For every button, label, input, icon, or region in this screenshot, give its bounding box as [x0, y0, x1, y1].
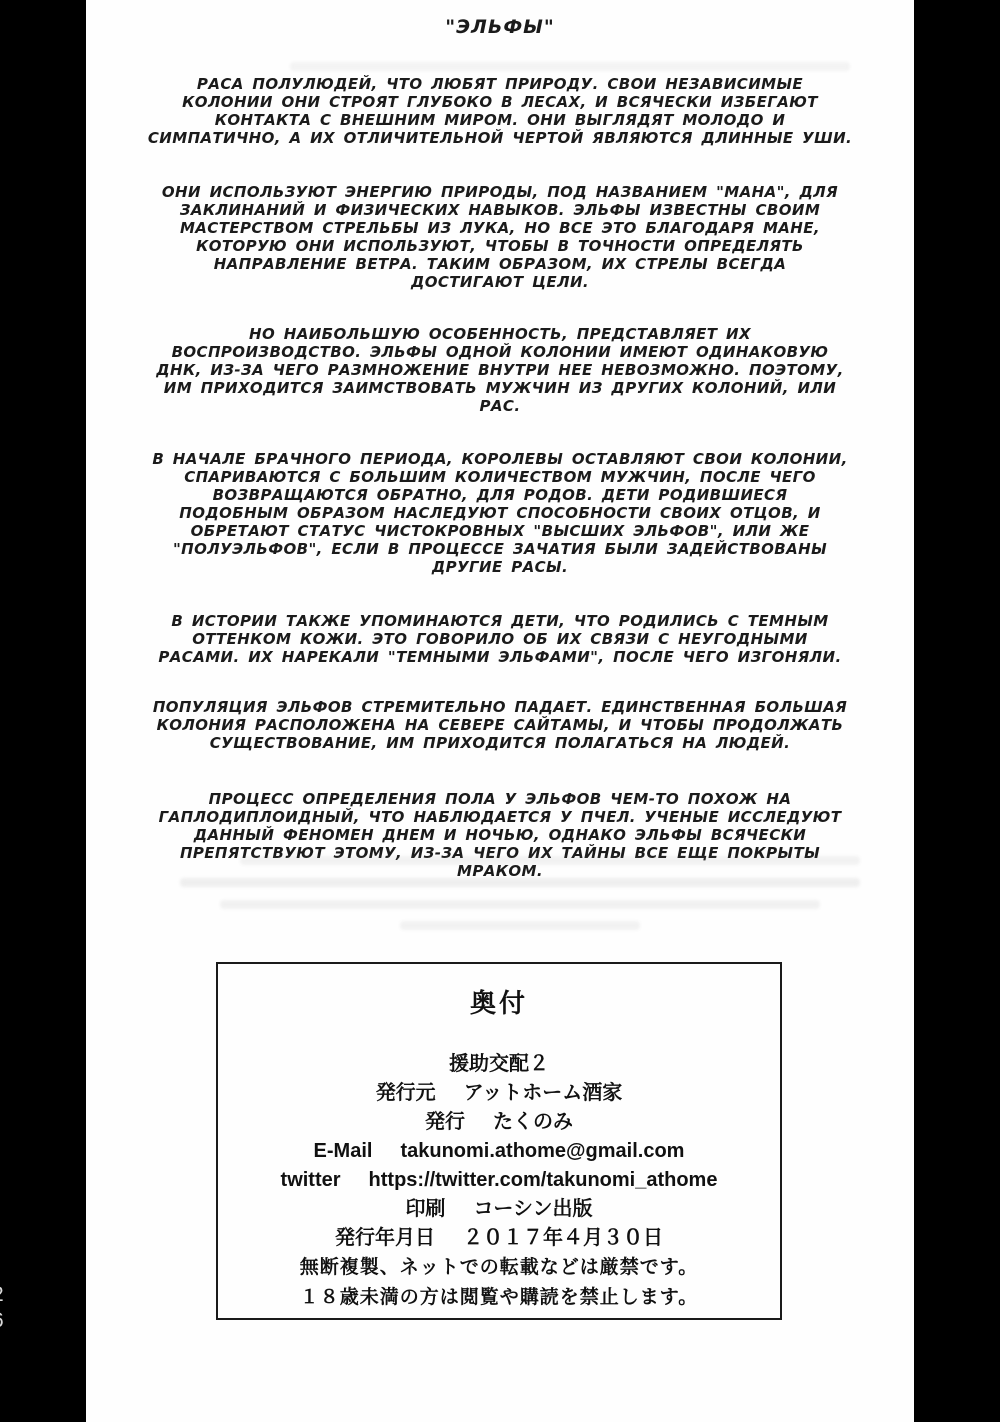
scan-artifact	[290, 62, 850, 71]
essay-text-block: "ЭЛЬФЫ" РАСА ПОЛУЛЮДЕЙ, ЧТО ЛЮБЯТ ПРИРОД…	[86, 0, 914, 962]
essay-line: РАС.	[86, 397, 914, 415]
page-title: "ЭЛЬФЫ"	[86, 16, 914, 38]
colophon-row-value: アットホーム酒家	[464, 1082, 623, 1104]
scan-artifact	[220, 900, 820, 909]
colophon-row-label: E-Mail	[314, 1140, 373, 1162]
colophon-row-label: 発行年月日	[335, 1227, 435, 1249]
colophon-row-value: たくのみ	[493, 1111, 573, 1133]
margin-page-number: 2	[0, 1283, 22, 1307]
essay-line: КОТОРУЮ ОНИ ИСПОЛЬЗУЮТ, ЧТОБЫ В ТОЧНОСТИ…	[86, 237, 914, 255]
colophon-notices: 無断複製、ネットでの転載などは厳禁です。１８歳未満の方は閲覧や購読を禁止します。	[218, 1253, 780, 1313]
essay-line: В ИСТОРИИ ТАКЖЕ УПОМИНАЮТСЯ ДЕТИ, ЧТО РО…	[86, 612, 914, 630]
colophon-row-value: takunomi.athome@gmail.com	[400, 1140, 684, 1162]
colophon-row: E-Mailtakunomi.athome@gmail.com	[218, 1137, 780, 1166]
essay-line: ПРОЦЕСС ОПРЕДЕЛЕНИЯ ПОЛА У ЭЛЬФОВ ЧЕМ-ТО…	[86, 790, 914, 808]
essay-line: СПАРИВАЮТСЯ С БОЛЬШИМ КОЛИЧЕСТВОМ МУЖЧИН…	[86, 468, 914, 486]
essay-line: ЗАКЛИНАНИЙ И ФИЗИЧЕСКИХ НАВЫКОВ. ЭЛЬФЫ И…	[86, 201, 914, 219]
essay-line: ВОЗВРАЩАЮТСЯ ОБРАТНО, ДЛЯ РОДОВ. ДЕТИ РО…	[86, 486, 914, 504]
essay-line: В НАЧАЛЕ БРАЧНОГО ПЕРИОДА, КОРОЛЕВЫ ОСТА…	[86, 450, 914, 468]
colophon-notice: 無断複製、ネットでの転載などは厳禁です。	[218, 1253, 780, 1283]
essay-line: ОБРЕТАЮТ СТАТУС ЧИСТОКРОВНЫХ "ВЫСШИХ ЭЛЬ…	[86, 522, 914, 540]
colophon-box: 奥付 援助交配２ 発行元アットホーム酒家 発行たくのみ E-Mailtakuno…	[216, 962, 782, 1320]
colophon-row-value: https://twitter.com/takunomi_athome	[369, 1169, 718, 1191]
colophon-row-label: 発行元	[376, 1082, 436, 1104]
colophon-row: 発行元アットホーム酒家	[218, 1079, 780, 1108]
colophon-rows: 援助交配２ 発行元アットホーム酒家 発行たくのみ E-Mailtakunomi.…	[218, 1050, 780, 1253]
colophon-row: 発行たくのみ	[218, 1108, 780, 1137]
scan-margin-right	[914, 0, 1000, 1422]
essay-line: ИМ ПРИХОДИТСЯ ЗАИМСТВОВАТЬ МУЖЧИН ИЗ ДРУ…	[86, 379, 914, 397]
essay-line: ОТТЕНКОМ КОЖИ. ЭТО ГОВОРИЛО ОБ ИХ СВЯЗИ …	[86, 630, 914, 648]
essay-paragraph: НО НАИБОЛЬШУЮ ОСОБЕННОСТЬ, ПРЕДСТАВЛЯЕТ …	[86, 325, 914, 415]
essay-line: ДРУГИЕ РАСЫ.	[86, 558, 914, 576]
scan-artifact	[400, 921, 640, 930]
essay-line: ДОСТИГАЮТ ЦЕЛИ.	[86, 273, 914, 291]
margin-page-number: 6	[0, 1309, 22, 1333]
colophon-heading: 奥付	[218, 988, 780, 1018]
colophon-row-label: twitter	[281, 1169, 341, 1191]
essay-paragraph: ПОПУЛЯЦИЯ ЭЛЬФОВ СТРЕМИТЕЛЬНО ПАДАЕТ. ЕД…	[86, 698, 914, 752]
essay-line: СУЩЕСТВОВАНИЕ, ИМ ПРИХОДИТСЯ ПОЛАГАТЬСЯ …	[86, 734, 914, 752]
scan-artifact	[180, 878, 860, 887]
essay-line: ОНИ ИСПОЛЬЗУЮТ ЭНЕРГИЮ ПРИРОДЫ, ПОД НАЗВ…	[86, 183, 914, 201]
colophon-row-label: 発行	[425, 1111, 465, 1133]
colophon-row-value: 援助交配２	[449, 1053, 549, 1075]
essay-line: НАПРАВЛЕНИЕ ВЕТРА. ТАКИМ ОБРАЗОМ, ИХ СТР…	[86, 255, 914, 273]
essay-line: РАСАМИ. ИХ НАРЕКАЛИ "ТЕМНЫМИ ЭЛЬФАМИ", П…	[86, 648, 914, 666]
essay-paragraph: В НАЧАЛЕ БРАЧНОГО ПЕРИОДА, КОРОЛЕВЫ ОСТА…	[86, 450, 914, 576]
colophon-row: 発行年月日２０１７年４月３０日	[218, 1224, 780, 1253]
essay-line: МАСТЕРСТВОМ СТРЕЛЬБЫ ИЗ ЛУКА, НО ВСЕ ЭТО…	[86, 219, 914, 237]
colophon-row-label: 印刷	[405, 1198, 445, 1220]
colophon-row: 印刷コーシン出版	[218, 1195, 780, 1224]
colophon-row-value: コーシン出版	[473, 1198, 592, 1220]
essay-line: "ПОЛУЭЛЬФОВ", ЕСЛИ В ПРОЦЕССЕ ЗАЧАТИЯ БЫ…	[86, 540, 914, 558]
colophon-row: 援助交配２	[218, 1050, 780, 1079]
essay-line: ПОПУЛЯЦИЯ ЭЛЬФОВ СТРЕМИТЕЛЬНО ПАДАЕТ. ЕД…	[86, 698, 914, 716]
essay-paragraph: ОНИ ИСПОЛЬЗУЮТ ЭНЕРГИЮ ПРИРОДЫ, ПОД НАЗВ…	[86, 183, 914, 291]
essay-paragraph: В ИСТОРИИ ТАКЖЕ УПОМИНАЮТСЯ ДЕТИ, ЧТО РО…	[86, 612, 914, 666]
colophon-notice: １８歳未満の方は閲覧や購読を禁止します。	[218, 1283, 780, 1313]
essay-line: ВОСПРОИЗВОДСТВО. ЭЛЬФЫ ОДНОЙ КОЛОНИИ ИМЕ…	[86, 343, 914, 361]
essay-line: ДАННЫЙ ФЕНОМЕН ДНЕМ И НОЧЬЮ, ОДНАКО ЭЛЬФ…	[86, 826, 914, 844]
essay-line: КОЛОНИИ ОНИ СТРОЯТ ГЛУБОКО В ЛЕСАХ, И ВС…	[86, 93, 914, 111]
essay-line: КОЛОНИЯ РАСПОЛОЖЕНА НА СЕВЕРЕ САЙТАМЫ, И…	[86, 716, 914, 734]
essay-line: ДНК, ИЗ-ЗА ЧЕГО РАЗМНОЖЕНИЕ ВНУТРИ НЕЕ Н…	[86, 361, 914, 379]
essay-line: ГАПЛОДИПЛОИДНЫЙ, ЧТО НАБЛЮДАЕТСЯ У ПЧЕЛ.…	[86, 808, 914, 826]
essay-line: НО НАИБОЛЬШУЮ ОСОБЕННОСТЬ, ПРЕДСТАВЛЯЕТ …	[86, 325, 914, 343]
scan-margin-left	[0, 0, 86, 1422]
essay-paragraph: ПРОЦЕСС ОПРЕДЕЛЕНИЯ ПОЛА У ЭЛЬФОВ ЧЕМ-ТО…	[86, 790, 914, 880]
essay-line: РАСА ПОЛУЛЮДЕЙ, ЧТО ЛЮБЯТ ПРИРОДУ. СВОИ …	[86, 75, 914, 93]
essay-line: СИМПАТИЧНО, А ИХ ОТЛИЧИТЕЛЬНОЙ ЧЕРТОЙ ЯВ…	[86, 129, 914, 147]
essay-line: КОНТАКТА С ВНЕШНИМ МИРОМ. ОНИ ВЫГЛЯДЯТ М…	[86, 111, 914, 129]
essay-line: ПОДОБНЫМ ОБРАЗОМ НАСЛЕДУЮТ СПОСОБНОСТИ С…	[86, 504, 914, 522]
essay-paragraph: РАСА ПОЛУЛЮДЕЙ, ЧТО ЛЮБЯТ ПРИРОДУ. СВОИ …	[86, 75, 914, 147]
colophon-row: twitterhttps://twitter.com/takunomi_atho…	[218, 1166, 780, 1195]
scan-artifact	[240, 856, 860, 865]
colophon-row-value: ２０１７年４月３０日	[463, 1227, 663, 1249]
